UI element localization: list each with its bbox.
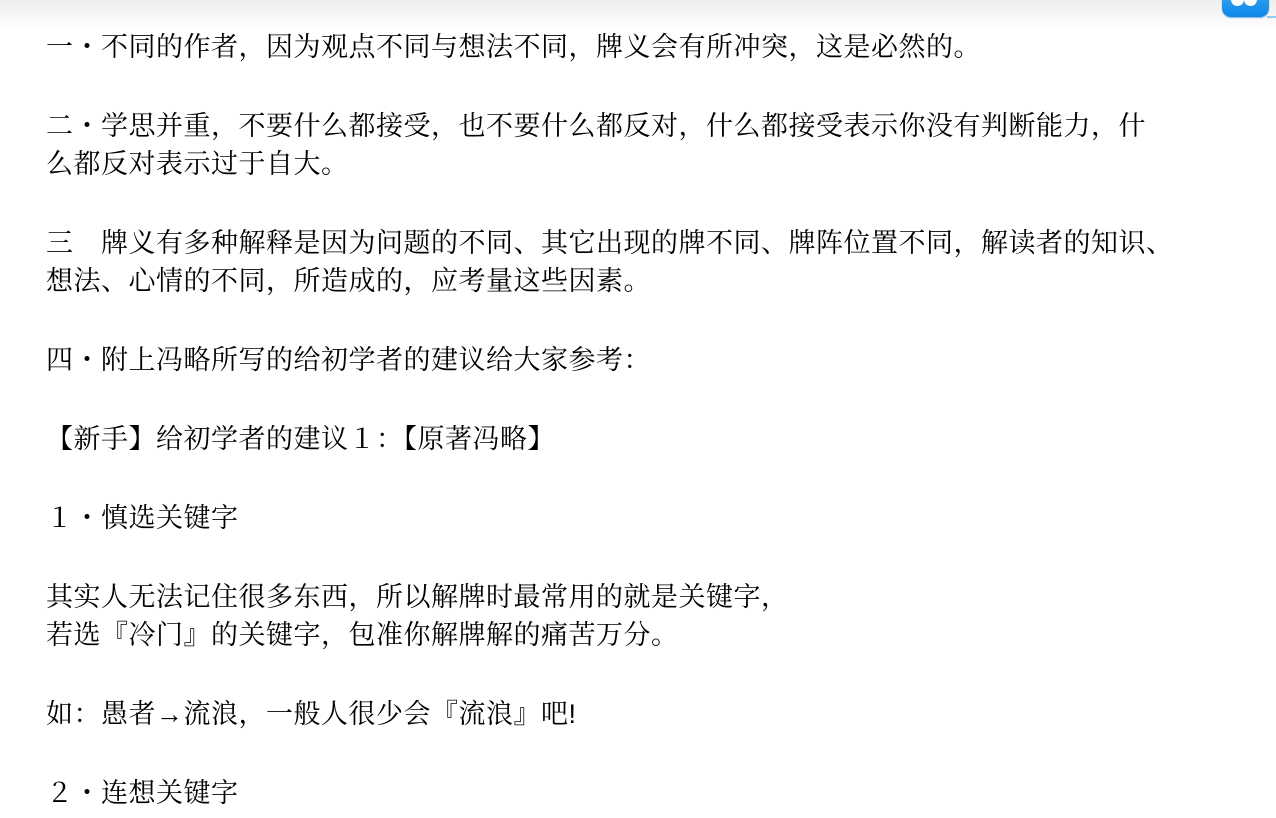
text-line: 四・附上冯略所写的给初学者的建议给大家参考： — [46, 341, 1240, 379]
text-line: 其实人无法记住很多东西，所以解牌时最常用的就是关键字， — [46, 578, 1240, 616]
paragraph: 一・不同的作者，因为观点不同与想法不同，牌义会有所冲突，这是必然的。 — [46, 28, 1240, 66]
text-line: 【新手】给初学者的建议１：【原著冯略】 — [46, 420, 1240, 458]
floating-app-button[interactable] — [1222, 0, 1269, 17]
paragraph: 三 牌义有多种解释是因为问题的不同、其它出现的牌不同、牌阵位置不同，解读者的知识… — [46, 224, 1240, 300]
paragraph: ２・连想关键字 — [46, 774, 1240, 812]
blue-app-icon-dot-right — [1244, 0, 1257, 6]
blue-app-icon-dot-left — [1231, 0, 1244, 6]
document-text: 一・不同的作者，因为观点不同与想法不同，牌义会有所冲突，这是必然的。二・学思并重… — [46, 28, 1240, 812]
paragraph: 四・附上冯略所写的给初学者的建议给大家参考： — [46, 341, 1240, 379]
text-line: ２・连想关键字 — [46, 774, 1240, 812]
paragraph: 【新手】给初学者的建议１：【原著冯略】 — [46, 420, 1240, 458]
paragraph: 其实人无法记住很多东西，所以解牌时最常用的就是关键字，若选『冷门』的关键字，包准… — [46, 578, 1240, 654]
text-line: 二・学思并重，不要什么都接受，也不要什么都反对，什么都接受表示你没有判断能力，什 — [46, 107, 1240, 145]
text-line: 一・不同的作者，因为观点不同与想法不同，牌义会有所冲突，这是必然的。 — [46, 28, 1240, 66]
text-line: 如：愚者→流浪，一般人很少会『流浪』吧! — [46, 695, 1240, 733]
paragraph: 如：愚者→流浪，一般人很少会『流浪』吧! — [46, 695, 1240, 733]
document-page: 一・不同的作者，因为观点不同与想法不同，牌义会有所冲突，这是必然的。二・学思并重… — [0, 0, 1276, 818]
text-line: 想法、心情的不同，所造成的，应考量这些因素。 — [46, 262, 1240, 300]
top-shadow-fade — [0, 0, 1276, 30]
panel-edge-line — [1267, 16, 1276, 18]
text-line: 么都反对表示过于自大。 — [46, 145, 1240, 183]
text-line: １・慎选关键字 — [46, 499, 1240, 537]
paragraph: １・慎选关键字 — [46, 499, 1240, 537]
text-line: 三 牌义有多种解释是因为问题的不同、其它出现的牌不同、牌阵位置不同，解读者的知识… — [46, 224, 1240, 262]
paragraph: 二・学思并重，不要什么都接受，也不要什么都反对，什么都接受表示你没有判断能力，什… — [46, 107, 1240, 183]
text-line: 若选『冷门』的关键字，包准你解牌解的痛苦万分。 — [46, 616, 1240, 654]
